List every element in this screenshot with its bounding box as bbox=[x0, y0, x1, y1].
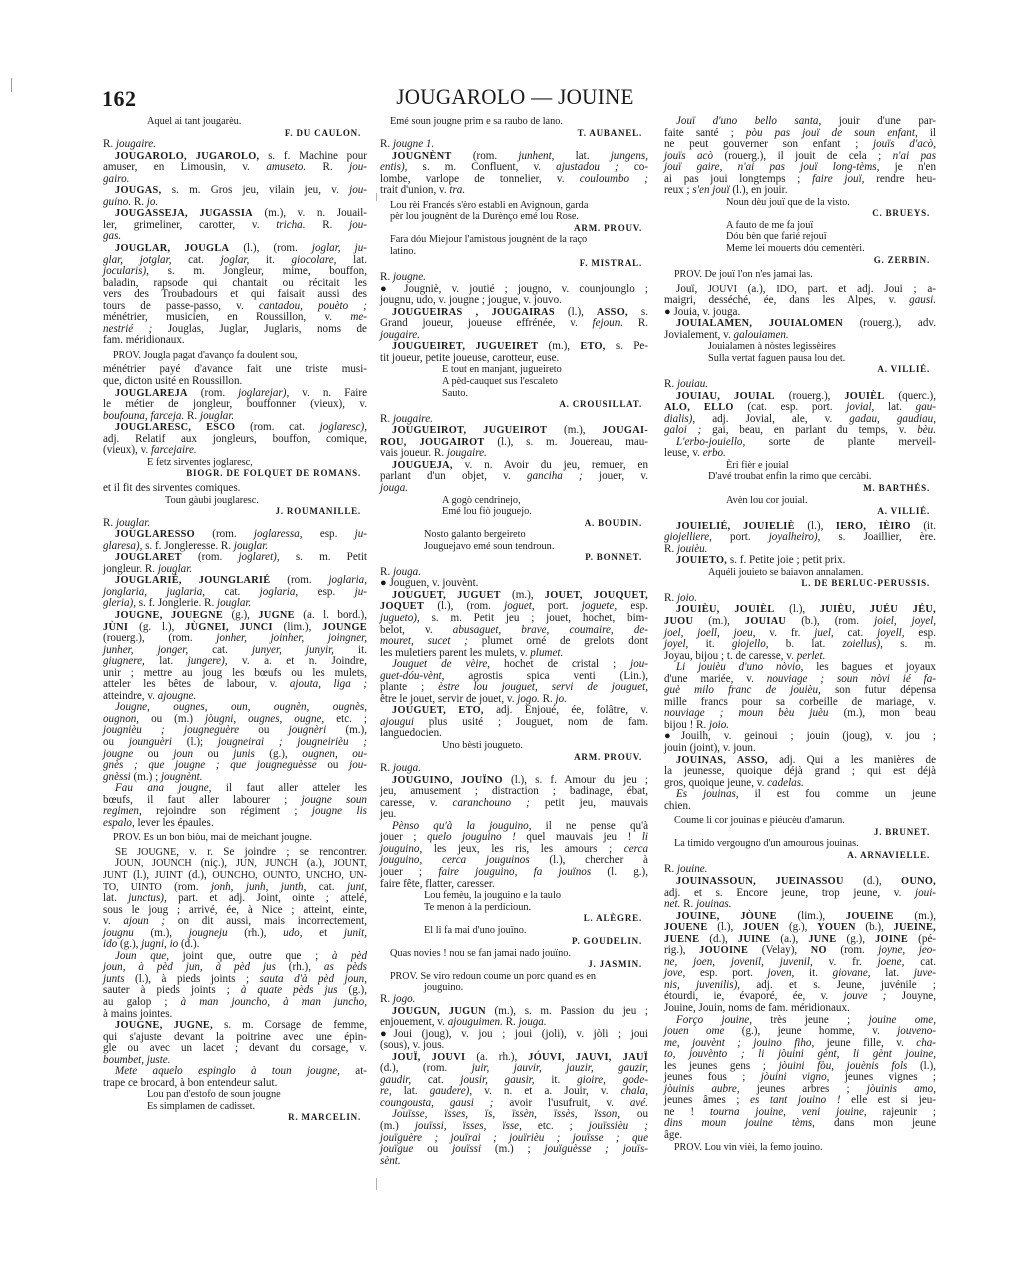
text-line: Èri fièr e jouial bbox=[664, 460, 936, 472]
text-line: Uno bèsti jougueto. bbox=[380, 740, 648, 752]
text-line: jouin (joint), v. joun. bbox=[664, 743, 936, 755]
text-line: Aquéli jouieto se baiavon annalamen. bbox=[664, 567, 936, 579]
citation-author: A. VILLIÉ. bbox=[664, 506, 936, 518]
citation-author: R. MARCELIN. bbox=[103, 1112, 367, 1124]
text-line: A gogò cendrinejo, bbox=[380, 495, 648, 507]
text-line: mouret, sucet ; plumet orné de grelots d… bbox=[380, 636, 648, 648]
citation-author: G. ZERBIN. bbox=[664, 255, 936, 267]
text-line: Toun gàubi jouglaresc. bbox=[103, 495, 367, 507]
text-line: jouïgue ou jouïssi (m.) ; jouïguèsse ; j… bbox=[380, 1144, 648, 1156]
text-line: Coume li cor jouinas e piéucèu d'amarun. bbox=[664, 815, 936, 827]
citation-author: A. CROUSILLAT. bbox=[380, 399, 648, 411]
text-line: jougnu, udo, v. jougne ; jougue, v. jouv… bbox=[380, 295, 648, 307]
citation-author: J. BRUNET. bbox=[664, 827, 936, 839]
text-line: A fauto de me fa jouï bbox=[664, 220, 936, 232]
text-line: E fetz sirventes joglaresc, bbox=[103, 457, 367, 469]
text-line: La timido vergougno d'un amourous jouina… bbox=[664, 838, 936, 850]
citation-author: P. GOUDELIN. bbox=[380, 936, 648, 948]
column-rule bbox=[376, 1178, 377, 1190]
text-line: Jouialamen à nòstes legissèires bbox=[664, 341, 936, 353]
text-line: Nosto galanto bergeireto bbox=[380, 529, 648, 541]
text-line: Es simplamen de cadisset. bbox=[103, 1101, 367, 1113]
text-line: faire fête, flatter, caresser. bbox=[380, 879, 648, 891]
text-line: pèr lou jougnènt de la Durènço emé lou R… bbox=[380, 211, 648, 223]
text-line: v. ajoun ; on dit aussi, mais incorrecte… bbox=[103, 916, 367, 928]
text-line: Es jouinas, il est fou comme un jeune bbox=[664, 789, 936, 801]
text-line: Jovialement, v. galouiamen. bbox=[664, 330, 936, 342]
text-line: que, dicton usité en Roussillon. bbox=[103, 376, 367, 388]
text-line: Quas novies ! nou se fan jamai nado jouï… bbox=[380, 948, 648, 960]
text-line: Lou pan d'estofo de soun jougne bbox=[103, 1089, 367, 1101]
citation-author: M. BARTHÉS. bbox=[664, 483, 936, 495]
margin-mark bbox=[11, 78, 12, 92]
text-line: reux ; s'en jouï (l.), en jouir. bbox=[664, 185, 936, 197]
text-line: Lou rèi Francés s'èro establi en Avignou… bbox=[380, 200, 648, 212]
text-line: Sauto. bbox=[380, 388, 648, 400]
text-line: Lou femèu, la jouguino e la taulo bbox=[380, 890, 648, 902]
text-line: El li fa mai d'uno jouïno. bbox=[380, 925, 648, 937]
text-line: Grand joueur, joueuse effrénée, v. fejou… bbox=[380, 318, 648, 330]
text-line: giugnere, lat. jungere), v. a. et n. Joi… bbox=[103, 656, 367, 668]
text-line: trait d'union, v. tra. bbox=[380, 185, 648, 197]
text-line: JOUGNE, JUGNE, s. m. Corsage de femme, bbox=[103, 1020, 367, 1032]
text-line: fam. méridionaux. bbox=[103, 335, 367, 347]
citation-author: L. ALÈGRE. bbox=[380, 913, 648, 925]
text-line: PROV. De jouï l'on n'es jamai las. bbox=[664, 269, 936, 281]
text-line: Jouguejavo emé soun tendroun. bbox=[380, 541, 648, 553]
text-line: jouguino. bbox=[380, 982, 648, 994]
text-line: R. jougne. bbox=[380, 272, 648, 284]
text-line: Meme lei mouerts dóu cementèri. bbox=[664, 243, 936, 255]
text-line: Te menon à la perdicioun. bbox=[380, 902, 648, 914]
text-line: jouï gaire, n'ai pas jouï long-tèms, je … bbox=[664, 162, 936, 174]
text-line: R. jougaire. bbox=[103, 139, 367, 151]
text-line: et il fit des sirventes comiques. bbox=[103, 483, 367, 495]
citation-author: BIOGR. DE FOLQUET DE ROMANS. bbox=[103, 468, 367, 480]
text-line: sènt. bbox=[380, 1156, 648, 1168]
column-middle: Emé soun jougne prim e sa raubo de lano.… bbox=[380, 116, 648, 1167]
text-line: Noun dèu jouï que de la visto. bbox=[664, 197, 936, 209]
text-line: R. jougne 1. bbox=[380, 139, 648, 151]
page-number: 162 bbox=[102, 86, 137, 112]
text-line: PROV. Lou vin vièi, la femo jouino. bbox=[664, 1142, 936, 1154]
text-line: Avèn lou cor jouial. bbox=[664, 495, 936, 507]
text-line: gnès ; que jougne ; que jougneguèsse ou … bbox=[103, 760, 367, 772]
text-line: JOUGNE, JOUEGNE (g.), JUGNE (a. l. bord.… bbox=[103, 610, 367, 622]
text-line: R. jougaire. bbox=[380, 414, 648, 426]
text-line: au galop ; à man jouncho, à man juncho, bbox=[103, 997, 367, 1009]
text-line: Fara dóu Miejour l'amistous jougnènt de … bbox=[380, 234, 648, 246]
citation-author: ARM. PROUV. bbox=[380, 223, 648, 235]
text-line: âge. bbox=[664, 1130, 936, 1142]
text-line: R. jouiau. bbox=[664, 379, 936, 391]
text-line: jouer ; faire jouguino, fa jouïnos (l. g… bbox=[380, 867, 648, 879]
running-head: JOUGAROLO — JOUINE bbox=[385, 84, 644, 110]
text-line: tit joueur, petite joueuse, carotteur, e… bbox=[380, 353, 648, 365]
text-line: R. jouga. bbox=[380, 763, 648, 775]
text-line: dins moun jouine tèms, dans mon jeune bbox=[664, 1118, 936, 1130]
citation-author: C. BRUEYS. bbox=[664, 208, 936, 220]
text-line: Emé soun jougne prim e sa raubo de lano. bbox=[380, 116, 648, 128]
text-line: A pèd-cauquet sus l'escaleto bbox=[380, 376, 648, 388]
text-line: parlant d'un objet, v. ganciha ; jouer, … bbox=[380, 471, 648, 483]
text-line: enjouement, v. ajouguimen. R. jouga. bbox=[380, 1017, 648, 1029]
text-line: leuse, v. erbo. bbox=[664, 448, 936, 460]
citation-author: F. MISTRAL. bbox=[380, 258, 648, 270]
text-line: Aquel ai tant jougarèu. bbox=[103, 116, 367, 128]
text-line: PROV. Jougla pagat d'avanço fa doulent s… bbox=[103, 350, 367, 362]
citation-author: P. BONNET. bbox=[380, 552, 648, 564]
citation-author: A. ARNAVIELLE. bbox=[664, 850, 936, 862]
text-line: latino. bbox=[380, 246, 648, 258]
citation-author: A. BOUDIN. bbox=[380, 518, 648, 530]
text-line: trape ce brocard, à bon entendeur salut. bbox=[103, 1078, 367, 1090]
column-rule bbox=[376, 193, 377, 201]
text-line: JOUINASSOUN, JUEINASSOU (d.), OUNO, bbox=[664, 876, 936, 888]
column-right: Jouï d'uno bello santa, jouir d'une par-… bbox=[664, 116, 936, 1153]
text-line: chien. bbox=[664, 801, 936, 813]
text-line: lat. junctus), part. et adj. Joint, oint… bbox=[103, 893, 367, 905]
text-line: caresse, v. caranchouno ; petit jeu, mau… bbox=[380, 798, 648, 810]
text-line: PROV. Es un bon biòu, mai de meichant jo… bbox=[103, 832, 367, 844]
column-left: Aquel ai tant jougarèu.F. DU CAULON.R. j… bbox=[103, 116, 367, 1124]
text-line: amuser, en Limousin, v. amuseto. R. jou- bbox=[103, 162, 367, 174]
text-line: Emé lou fiò jouguejo. bbox=[380, 506, 648, 518]
text-line: (vieux), v. farcejaire. bbox=[103, 445, 367, 457]
text-line: JOUENE (l.), JOUEN (g.), YOUEN (b.), JUE… bbox=[664, 922, 936, 934]
text-line: languedocien. bbox=[380, 728, 648, 740]
text-line: R. jogo. bbox=[380, 994, 648, 1006]
text-line: jouga. bbox=[380, 483, 648, 495]
text-line: D'avé troubat enfin la rimo que cercàbi. bbox=[664, 471, 936, 483]
text-line: PROV. Se viro redoun coume un porc quand… bbox=[380, 971, 648, 983]
text-line: JOUIETO, s. f. Petite joie ; petit prix. bbox=[664, 555, 936, 567]
text-line: ler, grimeliner, carotter, v. tricha. R.… bbox=[103, 220, 367, 232]
citation-author: A. VILLIÉ. bbox=[664, 364, 936, 376]
text-line: espalo, lever les épaules. bbox=[103, 818, 367, 830]
text-line: jocularis), s. m. Jongleur, mime, bouffo… bbox=[103, 266, 367, 278]
text-line: E tout en manjant, jugueireto bbox=[380, 364, 648, 376]
text-line: net. R. jouinas. bbox=[664, 899, 936, 911]
text-line: Dóu bèn que farié rejouï bbox=[664, 231, 936, 243]
text-line: Sulla vertat faguen pausa lou det. bbox=[664, 353, 936, 365]
citation-author: J. JASMIN. bbox=[380, 959, 648, 971]
citation-author: L. DE BERLUC-PERUSSIS. bbox=[664, 578, 936, 590]
